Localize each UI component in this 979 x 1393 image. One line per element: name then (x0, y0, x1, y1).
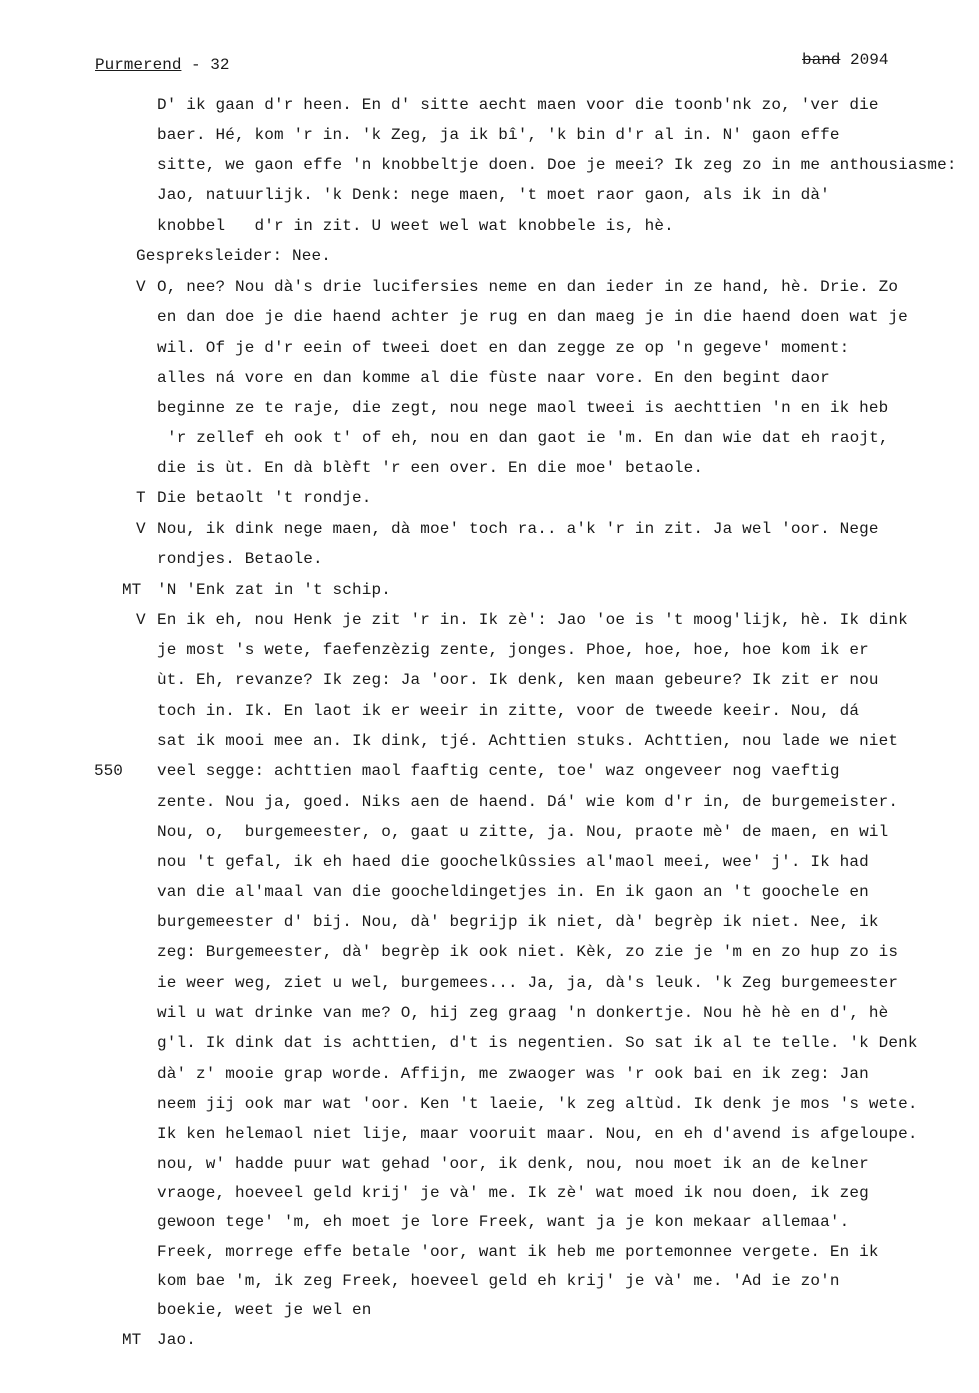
header-tape-label: band (802, 51, 840, 69)
transcript-line: Gespreksleider: Nee. (136, 246, 331, 266)
transcript-line: wil. Of je d'r eein of tweei doet en dan… (157, 338, 849, 358)
transcript-line: boekie, weet je wel en (157, 1300, 372, 1320)
header-place: Purmerend (95, 56, 181, 74)
transcript-line: je most 's wete, faefenzèzig zente, jong… (157, 640, 869, 660)
transcript-line: Jao. (157, 1330, 196, 1350)
transcript-line: nou 't gefal, ik eh haed die goochelkûss… (157, 852, 869, 872)
transcript-line: ie weer weg, ziet u wel, burgemees... Ja… (157, 973, 898, 993)
transcript-line: die is ùt. En dà blèft 'r een over. En d… (157, 458, 703, 478)
transcript-line: O, nee? Nou dà's drie lucifersies neme e… (157, 277, 898, 297)
speaker-label: MT (122, 1330, 141, 1350)
transcript-line: dà' z' mooie grap worde. Affijn, me zwao… (157, 1064, 869, 1084)
page-header-right: band 2094 (802, 51, 888, 69)
line-number-marker: 550 (94, 761, 123, 781)
transcript-line: zente. Nou ja, goed. Niks aen de haend. … (157, 792, 898, 812)
transcript-line: wil u wat drinke van me? O, hij zeg graa… (157, 1003, 888, 1023)
transcript-line: sat ik mooi mee an. Ik dink, tjé. Achtti… (157, 731, 898, 751)
transcript-line: neem jij ook mar wat 'oor. Ken 't laeie,… (157, 1094, 918, 1114)
transcript-line: toch in. Ik. En laot ik er weeir in zitt… (157, 701, 859, 721)
transcript-line: baer. Hé, kom 'r in. 'k Zeg, ja ik bî', … (157, 125, 840, 145)
transcript-line: ùt. Eh, revanze? Ik zeg: Ja 'oor. Ik den… (157, 670, 879, 690)
transcript-line: rondjes. Betaole. (157, 549, 323, 569)
transcript-line: zeg: Burgemeester, dà' begrèp ik ook nie… (157, 942, 898, 962)
transcript-line: 'N 'Enk zat in 't schip. (157, 580, 391, 600)
transcript-line: alles ná vore en dan komme al die fùste … (157, 368, 830, 388)
transcript-line: Nou, ik dink nege maen, dà moe' toch ra.… (157, 519, 879, 539)
transcript-line: van die al'maal van die goocheldingetjes… (157, 882, 869, 902)
transcript-line: gewoon tege' 'm, eh moet je lore Freek, … (157, 1212, 849, 1232)
transcript-line: sitte, we gaon effe 'n knobbeltje doen. … (157, 155, 957, 175)
transcript-line: burgemeester d' bij. Nou, dà' begrijp ik… (157, 912, 879, 932)
transcript-page: Purmerend - 32 band 2094 550 D' ik gaan … (0, 0, 979, 1393)
transcript-line: Die betaolt 't rondje. (157, 488, 372, 508)
transcript-line: kom bae 'm, ik zeg Freek, hoeveel geld e… (157, 1271, 840, 1291)
speaker-label: V (136, 277, 146, 297)
transcript-line: nou, w' hadde puur wat gehad 'oor, ik de… (157, 1154, 869, 1174)
transcript-line: beginne ze te raje, die zegt, nou nege m… (157, 398, 888, 418)
page-header-left: Purmerend - 32 (95, 56, 229, 74)
transcript-line: Freek, morrege effe betale 'oor, want ik… (157, 1242, 879, 1262)
speaker-label: V (136, 519, 146, 539)
header-page-number: - 32 (181, 56, 229, 74)
transcript-line: vraoge, hoeveel geld krij' je và' me. Ik… (157, 1183, 869, 1203)
transcript-line: g'l. Ik dink dat is achttien, d't is neg… (157, 1033, 918, 1053)
speaker-label: T (136, 488, 146, 508)
transcript-line: Jao, natuurlijk. 'k Denk: nege maen, 't … (157, 185, 830, 205)
transcript-line: Nou, o, burgemeester, o, gaat u zitte, j… (157, 822, 888, 842)
transcript-line: en dan doe je die haend achter je rug en… (157, 307, 908, 327)
transcript-line: 'r zellef eh ook t' of eh, nou en dan ga… (167, 428, 889, 448)
transcript-line: knobbel d'r in zit. U weet wel wat knobb… (157, 216, 674, 236)
speaker-label: MT (122, 580, 141, 600)
transcript-line: En ik eh, nou Henk je zit 'r in. Ik zè':… (157, 610, 908, 630)
speaker-label: V (136, 610, 146, 630)
transcript-line: Ik ken helemaol niet lije, maar vooruit … (157, 1124, 918, 1144)
transcript-line: veel segge: achttien maol faaftig cente,… (157, 761, 840, 781)
header-tape-number: 2094 (850, 51, 888, 69)
transcript-line: D' ik gaan d'r heen. En d' sitte aecht m… (157, 95, 879, 115)
